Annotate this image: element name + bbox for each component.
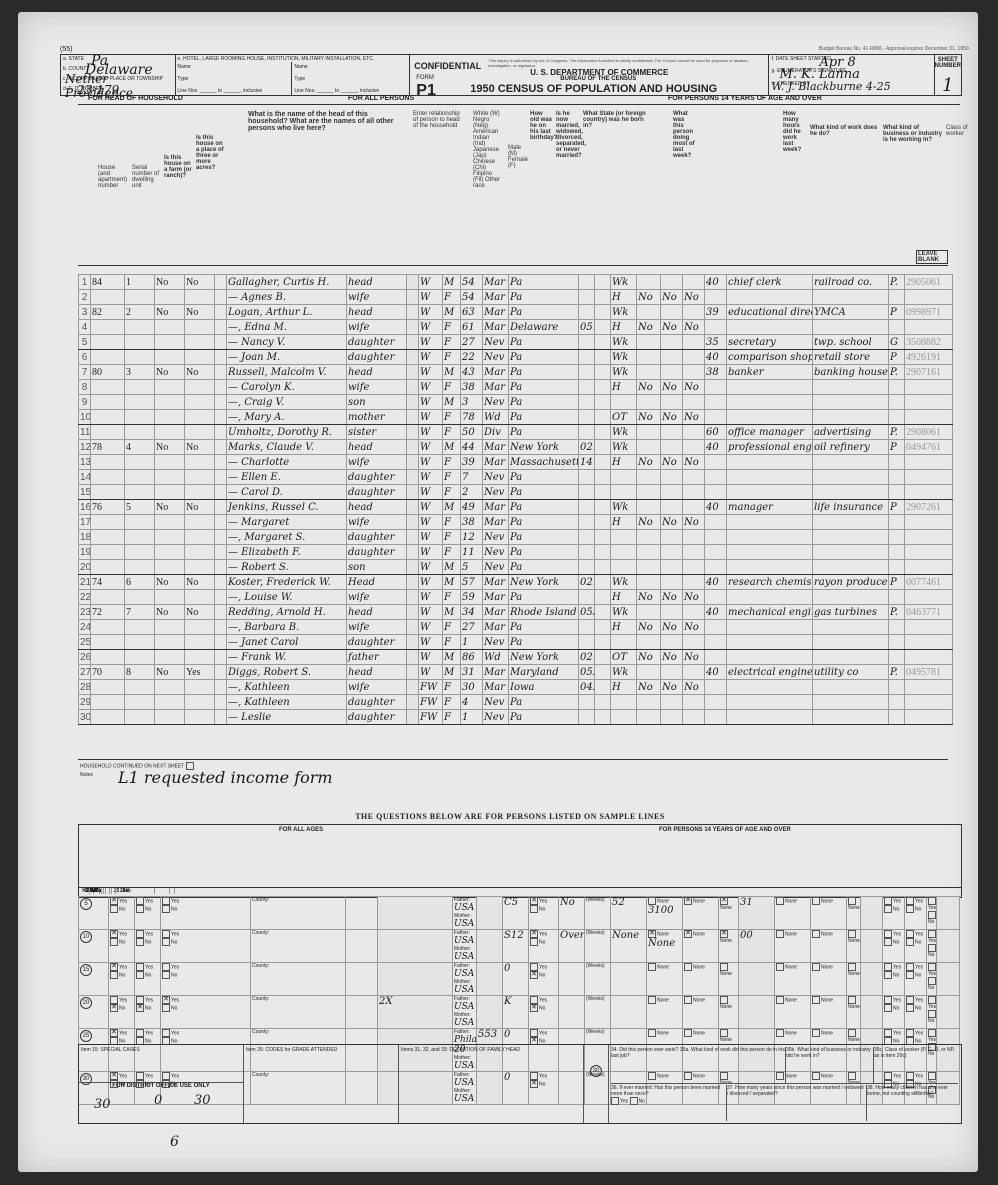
leave-blank-a [407, 710, 419, 725]
occupation: secretary [727, 335, 813, 350]
q32a-none-checkbox[interactable] [776, 1029, 784, 1037]
age: 27 [461, 335, 483, 350]
relationship: daughter [347, 695, 407, 710]
q17 [661, 305, 683, 320]
birthplace-code [579, 470, 595, 485]
race: W [419, 485, 443, 500]
q31c-none-checkbox[interactable] [720, 1029, 728, 1037]
sex: M [443, 575, 461, 590]
q23-yes-checkbox[interactable] [162, 930, 170, 938]
q17 [661, 530, 683, 545]
relationship: daughter [347, 545, 407, 560]
agricultural-questionnaire [215, 350, 227, 365]
q32a-cell: None [775, 897, 811, 930]
person-row: 30— LesliedaughterFWF1NevPa [79, 710, 953, 725]
q31a-cell: None [647, 996, 683, 1029]
q18: No [683, 320, 705, 335]
marital-status: Wd [483, 410, 509, 425]
serial-number [125, 635, 155, 650]
q30-cell: 52 [611, 897, 647, 930]
q33a-no-checkbox[interactable] [884, 905, 892, 913]
q26-grade: K [503, 996, 529, 1029]
q31b-none-checkbox[interactable] [684, 996, 692, 1004]
q33c-cell: YesNo [927, 963, 937, 996]
q25-parents-birthplace: Father: USAMother: USA [453, 963, 477, 996]
q24b-state-cell [346, 897, 378, 930]
agricultural-questionnaire [215, 605, 227, 620]
leave-blank-f [739, 996, 775, 1029]
occupation [727, 470, 813, 485]
acres-answer [185, 485, 215, 500]
occupation: educational director [727, 305, 813, 320]
line-number: 14 [79, 470, 91, 485]
q32b-none-checkbox[interactable] [812, 897, 820, 905]
serial-number [125, 530, 155, 545]
activity: Wk [611, 575, 637, 590]
leave-blank-a [407, 635, 419, 650]
serial-number: 7 [125, 605, 155, 620]
line-number: 19 [79, 545, 91, 560]
marital-status: Nev [483, 485, 509, 500]
line-number: 8 [79, 380, 91, 395]
q32a-none-checkbox[interactable] [776, 930, 784, 938]
q16 [637, 695, 661, 710]
house-number: 76 [91, 500, 125, 515]
q27-no-checkbox[interactable]: ✕ [530, 971, 538, 979]
q21-no-checkbox[interactable] [110, 905, 118, 913]
leave-blank-a [407, 590, 419, 605]
race: W [419, 545, 443, 560]
serial-number [125, 620, 155, 635]
q27-cell: ✕YesNo [529, 897, 559, 930]
line-number: 25 [79, 635, 91, 650]
col-14 [595, 485, 611, 500]
q33c-no-checkbox[interactable] [928, 944, 936, 952]
q23-no-checkbox[interactable] [162, 905, 170, 913]
col-14 [595, 575, 611, 590]
person-name: —, Louise W. [227, 590, 347, 605]
q33c-no-checkbox[interactable] [928, 977, 936, 985]
q31a-cell: None [647, 963, 683, 996]
col-14 [595, 455, 611, 470]
acres-answer [185, 710, 215, 725]
serial-number [125, 350, 155, 365]
birthplace-code [579, 410, 595, 425]
farm-answer [155, 590, 185, 605]
q16 [637, 710, 661, 725]
leave-blank-g [861, 996, 883, 1029]
occupation-code [905, 485, 953, 500]
q21-no-checkbox[interactable] [110, 971, 118, 979]
sex: F [443, 380, 461, 395]
acres-answer [185, 545, 215, 560]
district-office-title: FOR DISTRICT OFFICE USE ONLY [79, 1083, 243, 1089]
race: FW [419, 695, 443, 710]
q18: No [683, 620, 705, 635]
house-number: 80 [91, 365, 125, 380]
q16 [637, 365, 661, 380]
q27-no-checkbox[interactable] [530, 938, 538, 946]
birthplace: Pa [509, 710, 579, 725]
q33a-yes-checkbox[interactable] [884, 897, 892, 905]
q27-yes-checkbox[interactable]: ✕ [530, 897, 538, 905]
person-name: — Charlotte [227, 455, 347, 470]
q21-yes-checkbox[interactable]: ✕ [110, 930, 118, 938]
q33a-yes-checkbox[interactable] [884, 1029, 892, 1037]
industry [813, 485, 889, 500]
q33c-cell: YesNo [927, 996, 937, 1029]
q33c-yes-checkbox[interactable] [928, 1029, 936, 1037]
q23-yes-checkbox[interactable] [162, 1029, 170, 1037]
q16 [637, 395, 661, 410]
hours-worked [705, 485, 727, 500]
q26-grade: 0 [503, 963, 529, 996]
hours-worked [705, 545, 727, 560]
q33b-yes-checkbox[interactable] [906, 996, 914, 1004]
serial-number [125, 455, 155, 470]
q16: No [637, 290, 661, 305]
q18 [683, 275, 705, 290]
col-14 [595, 350, 611, 365]
q17: No [661, 650, 683, 665]
q32b-none-checkbox[interactable] [812, 930, 820, 938]
q33b-yes-checkbox[interactable] [906, 1029, 914, 1037]
industry [813, 545, 889, 560]
person-row: 10—, Mary A.motherWF78WdPaOTNoNoNo [79, 410, 953, 425]
hours-worked: 40 [705, 605, 727, 620]
birthplace-code: 051 [579, 320, 595, 335]
q33b-no-checkbox[interactable] [906, 905, 914, 913]
q22-no-checkbox[interactable] [136, 971, 144, 979]
q24b-state-cell [346, 963, 378, 996]
house-number: 70 [91, 665, 125, 680]
q18 [683, 470, 705, 485]
sex: F [443, 590, 461, 605]
relationship: head [347, 275, 407, 290]
relationship: daughter [347, 635, 407, 650]
q32c-none-checkbox[interactable] [848, 963, 856, 971]
industry [813, 290, 889, 305]
birthplace: Pa [509, 485, 579, 500]
occupation [727, 650, 813, 665]
sample-all-ages-header: FOR ALL AGES [279, 827, 323, 833]
q23-yes-checkbox[interactable] [162, 963, 170, 971]
person-row: 11Umholtz, Dorothy R.sisterWF50DivPaWk60… [79, 425, 953, 440]
birthplace: Pa [509, 530, 579, 545]
q26-grade: C5 [503, 897, 529, 930]
q31b-none-checkbox[interactable]: ✕ [684, 930, 692, 938]
q23-yes-checkbox[interactable] [162, 897, 170, 905]
q22-yes-checkbox[interactable] [136, 963, 144, 971]
q33a-no-checkbox[interactable] [884, 1004, 892, 1012]
q31a-none-checkbox[interactable] [648, 1029, 656, 1037]
marital-status: Nev [483, 470, 509, 485]
q22-yes-checkbox[interactable] [136, 930, 144, 938]
q27-yes-checkbox[interactable] [530, 996, 538, 1004]
birthplace-code: 021 [579, 650, 595, 665]
q33b-cell: YesNo [905, 963, 927, 996]
q33a-yes-checkbox[interactable] [884, 996, 892, 1004]
q22-yes-checkbox[interactable] [136, 996, 144, 1004]
q33c-yes-checkbox[interactable] [928, 963, 936, 971]
q22-no-checkbox[interactable]: ✕ [136, 1004, 144, 1012]
q32b-none-checkbox[interactable] [812, 1029, 820, 1037]
q33b-no-checkbox[interactable] [906, 938, 914, 946]
occupation-code: 4926191 [905, 350, 953, 365]
q31c-none-checkbox[interactable]: ✕ [720, 897, 728, 905]
q32a-none-checkbox[interactable] [776, 963, 784, 971]
q31c-none-checkbox[interactable] [720, 996, 728, 1004]
q21-yes-checkbox[interactable]: ✕ [110, 963, 118, 971]
industry [813, 470, 889, 485]
occupation-code [905, 290, 953, 305]
q21-yes-checkbox[interactable] [110, 996, 118, 1004]
q32b-none-checkbox[interactable] [812, 996, 820, 1004]
sex: M [443, 650, 461, 665]
agricultural-questionnaire [215, 650, 227, 665]
continuation-marker: 30 [584, 1045, 609, 1123]
q18: No [683, 455, 705, 470]
q31b-none-checkbox[interactable] [684, 963, 692, 971]
occupation [727, 485, 813, 500]
q32c-none-checkbox[interactable] [848, 996, 856, 1004]
person-row: 13— CharlottewifeWF39MarMassachusetts14H… [79, 455, 953, 470]
birthplace-code: 021 [579, 440, 595, 455]
marital-status: Wd [483, 650, 509, 665]
q16 [637, 575, 661, 590]
farm-answer [155, 335, 185, 350]
q32a-cell: None [775, 930, 811, 963]
q33b-no-checkbox[interactable] [906, 971, 914, 979]
q33b-yes-checkbox[interactable] [906, 963, 914, 971]
q31a-none-checkbox[interactable] [648, 963, 656, 971]
q33b-yes-checkbox[interactable] [906, 897, 914, 905]
activity: H [611, 320, 637, 335]
q23-no-checkbox[interactable] [162, 971, 170, 979]
q32c-cell: None [847, 897, 861, 930]
activity: H [611, 590, 637, 605]
q32c-none-checkbox[interactable] [848, 897, 856, 905]
person-name: Logan, Arthur L. [227, 305, 347, 320]
occupation-code [905, 470, 953, 485]
q31c-none-checkbox[interactable]: ✕ [720, 930, 728, 938]
q27-yes-checkbox[interactable] [530, 963, 538, 971]
sex: F [443, 485, 461, 500]
serial-number [125, 710, 155, 725]
institution-type-label: Type [177, 76, 291, 82]
q33b-yes-checkbox[interactable] [906, 930, 914, 938]
q31a-none-checkbox[interactable] [648, 996, 656, 1004]
q33a-no-checkbox[interactable] [884, 938, 892, 946]
leave-blank-h [937, 963, 960, 996]
q23-no-checkbox[interactable] [162, 1004, 170, 1012]
activity [611, 485, 637, 500]
q31a-none-checkbox[interactable] [648, 897, 656, 905]
relationship: father [347, 650, 407, 665]
birthplace: Pa [509, 410, 579, 425]
farm-answer [155, 395, 185, 410]
q18: No [683, 515, 705, 530]
q32a-none-checkbox[interactable] [776, 897, 784, 905]
class-of-worker: P [889, 575, 905, 590]
hours-worked [705, 470, 727, 485]
q27-yes-checkbox[interactable]: ✕ [530, 930, 538, 938]
form-title-block: CONFIDENTIAL This inquiry is authorized … [410, 55, 769, 95]
q33c-yes-checkbox[interactable] [928, 996, 936, 1004]
q36-yes-checkbox[interactable] [611, 1097, 619, 1105]
activity: OT [611, 650, 637, 665]
q33c-yes-checkbox[interactable] [928, 930, 936, 938]
q33a-cell: YesNo [883, 897, 905, 930]
sample-row: 20Yes✕NoYes✕No✕YesNoCounty:2XFather: USA… [79, 996, 960, 1029]
col-house-header: House (and apartment) number [98, 165, 126, 189]
q27-cell: Yes✕No [529, 996, 559, 1029]
serial-number [125, 410, 155, 425]
hours-worked [705, 635, 727, 650]
q17 [661, 470, 683, 485]
q33b-no-checkbox[interactable] [906, 1004, 914, 1012]
age: 11 [461, 545, 483, 560]
occupation-code: 3508882 [905, 335, 953, 350]
hours-worked [705, 695, 727, 710]
q32c-none-checkbox[interactable] [848, 1029, 856, 1037]
q33a-no-checkbox[interactable] [884, 971, 892, 979]
q27-no-checkbox[interactable] [530, 905, 538, 913]
q32c-none-checkbox[interactable] [848, 930, 856, 938]
q24a-county-cell: County: [251, 897, 346, 930]
q31c-none-checkbox[interactable] [720, 963, 728, 971]
farm-answer [155, 515, 185, 530]
q27-cell: ✕YesNo [529, 930, 559, 963]
q32a-none-checkbox[interactable] [776, 996, 784, 1004]
q22-yes-checkbox[interactable] [136, 897, 144, 905]
agricultural-questionnaire [215, 545, 227, 560]
q23-no-checkbox[interactable] [162, 938, 170, 946]
q16: No [637, 320, 661, 335]
industry: twp. school [813, 335, 889, 350]
birthplace: Pa [509, 425, 579, 440]
sample-line-number: 20 [79, 996, 109, 1029]
activity [611, 560, 637, 575]
q27-no-checkbox[interactable]: ✕ [530, 1004, 538, 1012]
q33c-yes-checkbox[interactable] [928, 897, 936, 905]
occupation [727, 395, 813, 410]
house-number [91, 560, 125, 575]
age: 1 [461, 635, 483, 650]
person-row: 14— Ellen E.daughterWF7NevPa [79, 470, 953, 485]
col-14 [595, 320, 611, 335]
q22-no-checkbox[interactable] [136, 938, 144, 946]
person-row: 18—, Margaret S.daughterWF12NevPa [79, 530, 953, 545]
leave-blank-a [407, 470, 419, 485]
leave-blank-g [861, 963, 883, 996]
form-label: FORM [416, 75, 434, 81]
q16: No [637, 380, 661, 395]
class-of-worker [889, 470, 905, 485]
q17 [661, 545, 683, 560]
district-office-box: FOR DISTRICT OFFICE USE ONLY 30 0 30 [79, 1082, 243, 1123]
q33c-no-checkbox[interactable] [928, 911, 936, 919]
q21-yes-checkbox[interactable]: ✕ [110, 1029, 118, 1037]
class-of-worker [889, 560, 905, 575]
age: 3 [461, 395, 483, 410]
checked-value: W. J. Blackburne 4-25 [771, 80, 890, 93]
birthplace-code [579, 695, 595, 710]
house-number [91, 485, 125, 500]
q32b-none-checkbox[interactable] [812, 963, 820, 971]
agricultural-questionnaire [215, 590, 227, 605]
q30-cell [611, 963, 647, 996]
line-number: 24 [79, 620, 91, 635]
hours-worked: 40 [705, 575, 727, 590]
q31b-none-checkbox[interactable]: ✕ [684, 897, 692, 905]
serial-number [125, 335, 155, 350]
occupation-code [905, 635, 953, 650]
instructions-block: Item 15: SPECIAL CASES FOR DISTRICT OFFI… [78, 1044, 962, 1124]
occupation [727, 530, 813, 545]
q32b-cell: None [811, 963, 847, 996]
q31a-none-checkbox[interactable]: ✕ [648, 930, 656, 938]
col-14 [595, 635, 611, 650]
leave-blank-g [861, 897, 883, 930]
q21-no-checkbox[interactable]: ✕ [110, 1004, 118, 1012]
q18 [683, 365, 705, 380]
q22-no-checkbox[interactable] [136, 905, 144, 913]
leave-blank-a [407, 440, 419, 455]
q17 [661, 440, 683, 455]
q33c-no-checkbox[interactable] [928, 1010, 936, 1018]
q23-yes-checkbox[interactable]: ✕ [162, 996, 170, 1004]
sample-row: 5✕YesNoYesNoYesNoCounty:Father: USAMothe… [79, 897, 960, 930]
occupation: electrical engineer [727, 665, 813, 680]
q32c-cell: None [847, 963, 861, 996]
q33a-yes-checkbox[interactable] [884, 930, 892, 938]
q17: No [661, 620, 683, 635]
age: 38 [461, 515, 483, 530]
q22-yes-checkbox[interactable] [136, 1029, 144, 1037]
col-14 [595, 440, 611, 455]
activity [611, 395, 637, 410]
relationship: wife [347, 380, 407, 395]
q36-no-checkbox[interactable] [630, 1097, 638, 1105]
hours-worked [705, 395, 727, 410]
col-14 [595, 380, 611, 395]
acres-answer: No [185, 305, 215, 320]
birthplace-code: 042 [579, 680, 595, 695]
person-row: 24—, Barbara B.wifeWF27MarPaHNoNoNo [79, 620, 953, 635]
col-activity-header: What was this person doing most of last … [673, 111, 695, 159]
race: W [419, 425, 443, 440]
occupation [727, 545, 813, 560]
q21-yes-checkbox[interactable]: ✕ [110, 897, 118, 905]
activity: H [611, 380, 637, 395]
q31b-none-checkbox[interactable] [684, 1029, 692, 1037]
activity [611, 695, 637, 710]
hours-worked [705, 710, 727, 725]
leave-blank-a [407, 365, 419, 380]
q21-no-checkbox[interactable] [110, 938, 118, 946]
acres-answer: No [185, 275, 215, 290]
class-of-worker [889, 455, 905, 470]
farm-answer: No [155, 275, 185, 290]
q27-yes-checkbox[interactable] [530, 1029, 538, 1037]
q16 [637, 530, 661, 545]
footer-mark: 6 [170, 1134, 179, 1150]
hours-worked: 39 [705, 305, 727, 320]
q31c-cell: None [719, 963, 739, 996]
acres-answer [185, 320, 215, 335]
q33a-yes-checkbox[interactable] [884, 963, 892, 971]
